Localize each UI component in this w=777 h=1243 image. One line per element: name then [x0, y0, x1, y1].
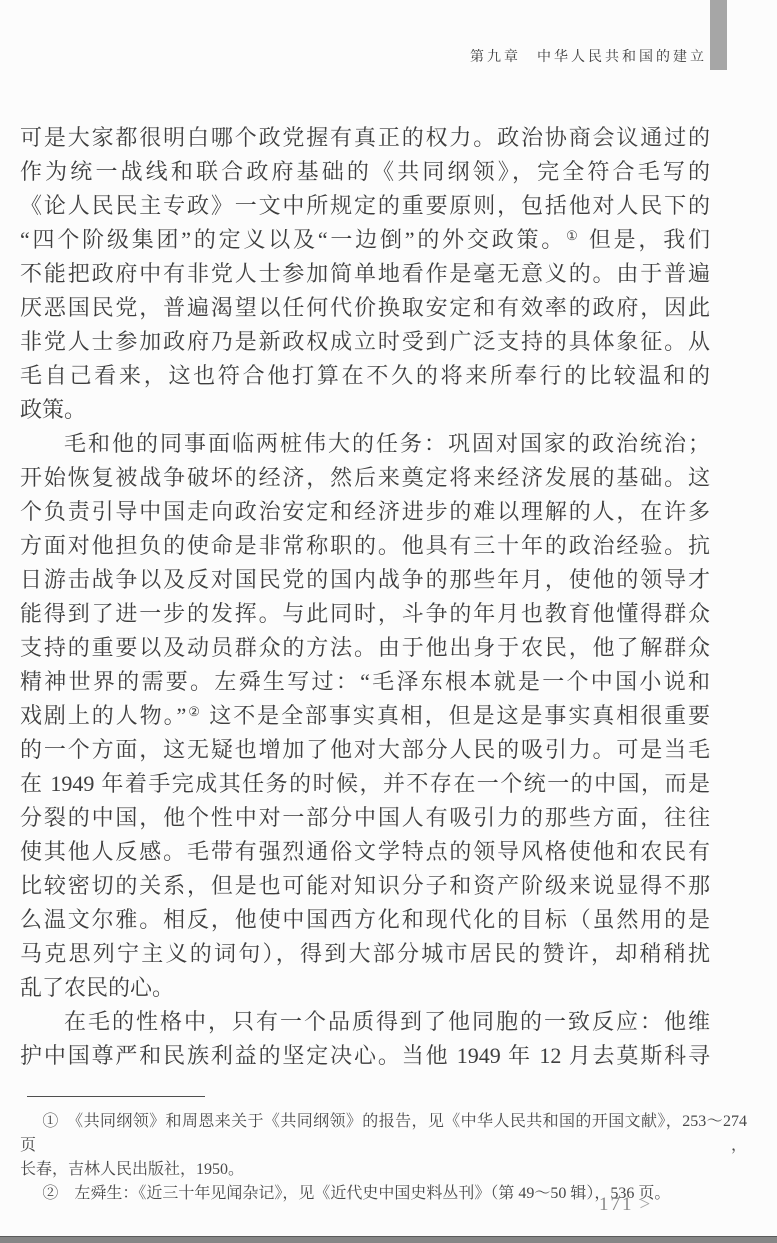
text-line: 非党人士参加政府乃是新政权成立时受到广泛支持的具体象征。从 — [20, 325, 710, 359]
text-line: 分裂的中国，他个性中对一部分中国人有吸引力的那些方面，往往 — [20, 801, 710, 835]
page-number: 171> — [599, 1194, 650, 1216]
text-line: 戏剧上的人物。”② 这不是全部事实真相，但是这是事实真相很重要 — [20, 699, 710, 733]
text-line: 比较密切的关系，但是也可能对知识分子和资产阶级来说显得不那 — [20, 869, 710, 903]
bottom-edge-bar — [0, 1236, 777, 1243]
footnote-section: ① 《共同纲领》和周恩来关于《共同纲领》的报告，见《中华人民共和国的开国文献》，… — [20, 1110, 747, 1206]
text-line: 马克思列宁主义的词句），得到大部分城市居民的赞许，却稍稍扰 — [20, 937, 710, 971]
text-line: 可是大家都很明白哪个政党握有真正的权力。政治协商会议通过的 — [20, 121, 710, 155]
text-line: 不能把政府中有非党人士参加简单地看作是毫无意义的。由于普遍 — [20, 257, 710, 291]
text-line: 毛和他的同事面临两桩伟大的任务：巩固对国家的政治统治； — [20, 427, 710, 461]
text-line: 护中国尊严和民族利益的坚定决心。当他 1949 年 12 月去莫斯科寻 — [20, 1039, 710, 1073]
running-header: 第九章中华人民共和国的建立 — [470, 46, 707, 66]
text-line: 使其他人反感。毛带有强烈通俗文学特点的领导风格使他和农民有 — [20, 835, 710, 869]
footnote-line: 长春，吉林人民出版社，1950。 — [20, 1158, 747, 1182]
page-number-value: 171 — [599, 1194, 634, 1215]
text-line: 支持的重要以及动员群众的方法。由于他出身于农民，他了解群众 — [20, 631, 710, 665]
text-line: 政策。 — [20, 393, 710, 427]
footnote-divider — [27, 1096, 205, 1097]
text-line: 么温文尔雅。相反，他使中国西方化和现代化的目标（虽然用的是 — [20, 903, 710, 937]
footnote-line: ① 《共同纲领》和周恩来关于《共同纲领》的报告，见《中华人民共和国的开国文献》，… — [20, 1110, 747, 1158]
text-line: 能得到了进一步的发挥。与此同时，斗争的年月也教育他懂得群众 — [20, 597, 710, 631]
text-line: 作为统一战线和联合政府基础的《共同纲领》，完全符合毛写的 — [20, 155, 710, 189]
text-line: 厌恶国民党，普遍渴望以任何代价换取安定和有效率的政府，因此 — [20, 291, 710, 325]
text-line: “四个阶级集团”的定义以及“一边倒”的外交政策。① 但是，我们 — [20, 223, 710, 257]
text-line: 在 1949 年着手完成其任务的时候，并不存在一个统一的中国，而是 — [20, 767, 710, 801]
text-line: 个负责引导中国走向政治安定和经济进步的难以理解的人，在许多 — [20, 495, 710, 529]
text-line: 在毛的性格中，只有一个品质得到了他同胞的一致反应：他维 — [20, 1005, 710, 1039]
body-text: 可是大家都很明白哪个政党握有真正的权力。政治协商会议通过的 作为统一战线和联合政… — [20, 121, 710, 1073]
text-line: 开始恢复被战争破坏的经济，然后来奠定将来经济发展的基础。这 — [20, 461, 710, 495]
chapter-number: 第九章 — [470, 50, 521, 65]
chapter-title: 中华人民共和国的建立 — [537, 50, 707, 65]
text-line: 毛自己看来，这也符合他打算在不久的将来所奉行的比较温和的 — [20, 359, 710, 393]
text-line: 精神世界的需要。左舜生写过：“毛泽东根本就是一个中国小说和 — [20, 665, 710, 699]
chapter-tab-marker — [710, 0, 727, 70]
book-page: 第九章中华人民共和国的建立 可是大家都很明白哪个政党握有真正的权力。政治协商会议… — [0, 0, 777, 1243]
text-line: 方面对他担负的使命是非常称职的。他具有三十年的政治经验。抗 — [20, 529, 710, 563]
text-line: 的一个方面，这无疑也增加了他对大部分人民的吸引力。可是当毛 — [20, 733, 710, 767]
text-line: 日游击战争以及反对国民党的国内战争的那些年月，使他的领导才 — [20, 563, 710, 597]
text-line: 乱了农民的心。 — [20, 971, 710, 1005]
chevron-right-icon: > — [640, 1194, 651, 1215]
text-line: 《论人民民主专政》一文中所规定的重要原则，包括他对人民下的 — [20, 189, 710, 223]
